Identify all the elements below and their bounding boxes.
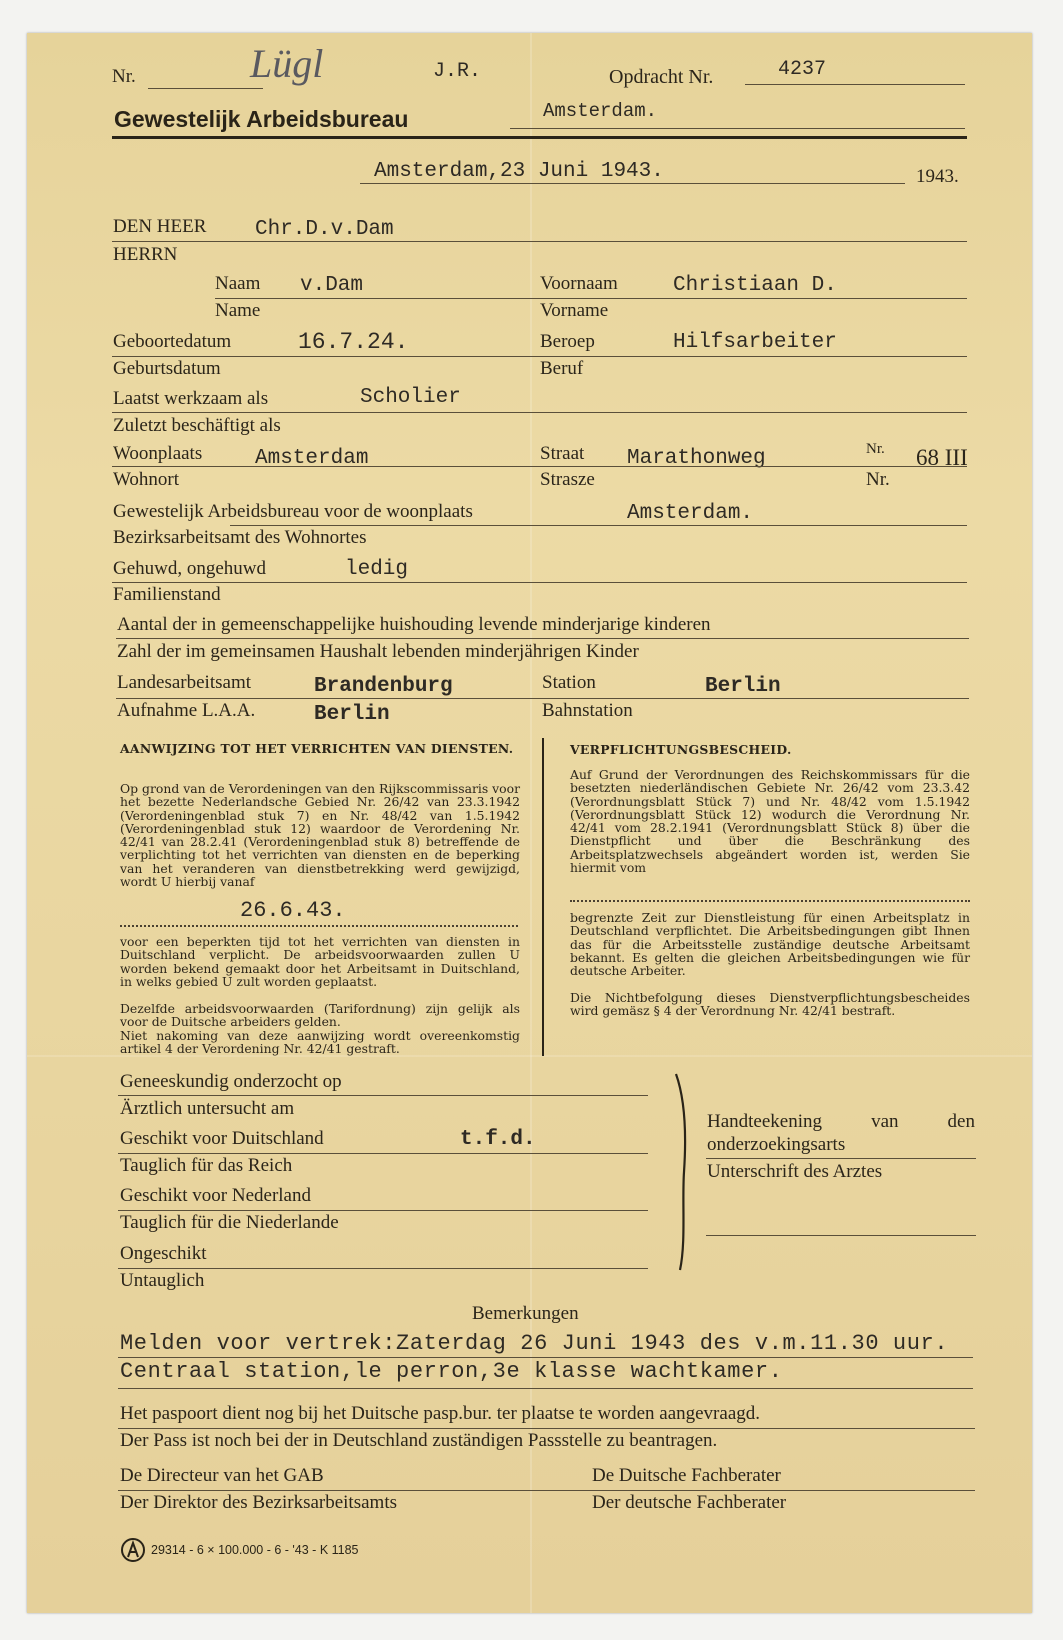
addressee-label-nl: DEN HEER bbox=[113, 216, 206, 238]
station-label: Station bbox=[542, 672, 596, 694]
medical-row-3-label-nl: Geschikt voor Nederland bbox=[120, 1185, 311, 1207]
signature-doctor-sign-line bbox=[706, 1235, 976, 1236]
name-label-de: Name bbox=[215, 300, 260, 322]
landesarbeitsamt-line bbox=[116, 698, 969, 699]
passport-note-nl: Het paspoort dient nog bij het Duitsche … bbox=[120, 1403, 760, 1425]
beruf-label-de: Beruf bbox=[540, 358, 583, 380]
notice-nl-heading: AANWIJZING TOT HET VERRICHTEN VAN DIENST… bbox=[120, 742, 520, 755]
gab-woonplaats-value: Amsterdam. bbox=[627, 502, 753, 525]
zuletzt-label-de: Zuletzt beschäftigt als bbox=[113, 415, 281, 437]
nr-handwritten-value: Lügl bbox=[250, 40, 323, 87]
office-value: Amsterdam. bbox=[543, 100, 657, 122]
gehuwd-line bbox=[112, 582, 967, 583]
header-rule bbox=[112, 136, 967, 139]
medical-row-1-label-de: Ärztlich untersucht am bbox=[120, 1098, 294, 1120]
director-label-nl: De Directeur van het GAB bbox=[120, 1465, 324, 1487]
station-value: Berlin bbox=[705, 675, 781, 698]
notice-nl-para4: Niet nakoming van deze aanwijzing wordt … bbox=[120, 1029, 520, 1056]
nr-label-de: Nr. bbox=[866, 469, 890, 491]
remarks-line-1: Melden voor vertrek:Zaterdag 26 Juni 194… bbox=[120, 1331, 948, 1356]
laatst-werkzaam-line bbox=[112, 412, 967, 413]
passport-rule bbox=[118, 1428, 975, 1429]
laatst-werkzaam-value: Scholier bbox=[360, 386, 461, 409]
medical-row-4-label-nl: Ongeschikt bbox=[120, 1243, 207, 1265]
medical-row-4-line bbox=[118, 1268, 648, 1269]
naam-label: Naam bbox=[215, 273, 260, 295]
opdracht-line bbox=[745, 84, 965, 85]
opdracht-value: 4237 bbox=[778, 58, 826, 81]
nr-value: 68 III bbox=[916, 445, 968, 471]
vorname-label-de: Vorname bbox=[540, 300, 608, 322]
wohnort-label-de: Wohnort bbox=[113, 469, 179, 491]
date-line bbox=[360, 183, 905, 184]
remarks-line-2: Centraal station,le perron,3e klasse wac… bbox=[120, 1359, 783, 1384]
naam-line bbox=[215, 298, 967, 299]
signature-doctor-label-nl: Handteekening van den onderzoekingsarts bbox=[707, 1110, 975, 1156]
naam-value: v.Dam bbox=[300, 274, 363, 297]
office-title: Gewestelijk Arbeidsbureau bbox=[114, 106, 408, 133]
notice-nl-para2: voor een beperkten tijd tot het verricht… bbox=[120, 935, 520, 988]
medical-row-4-label-de: Untauglich bbox=[120, 1270, 204, 1292]
signature-doctor-line bbox=[706, 1158, 976, 1159]
notice-de-para2: begrenzte Zeit zur Dienstleistung für ei… bbox=[570, 911, 970, 977]
signature-doctor-label-de: Unterschrift des Arztes bbox=[707, 1161, 882, 1183]
medical-row-3-label-de: Tauglich für die Niederlande bbox=[120, 1212, 339, 1234]
straat-label: Straat bbox=[540, 443, 584, 465]
notice-de-dotted-line bbox=[570, 900, 970, 902]
director-label-de: Der Direktor des Bezirksarbeitsamts bbox=[120, 1492, 397, 1514]
gehuwd-label: Gehuwd, ongehuwd bbox=[113, 558, 266, 580]
jr-label: J.R. bbox=[433, 60, 481, 83]
notice-de-para1: Auf Grund der Verordnungen des Reichskom… bbox=[570, 768, 970, 874]
nr-label-nl: Nr. bbox=[866, 441, 885, 458]
notice-column-divider bbox=[542, 738, 544, 1056]
geboortedatum-label: Geboortedatum bbox=[113, 331, 231, 353]
opdracht-label: Opdracht Nr. bbox=[609, 66, 713, 89]
woonplaats-line bbox=[112, 466, 967, 467]
gehuwd-value: ledig bbox=[345, 558, 408, 581]
printer-code: 29314 - 6 × 100.000 - 6 - '43 - K 1185 bbox=[151, 1543, 359, 1557]
medical-row-2-label-nl: Geschikt voor Duitschland bbox=[120, 1128, 324, 1150]
remarks-line-1-rule bbox=[118, 1357, 973, 1358]
fachberater-label-nl: De Duitsche Fachberater bbox=[592, 1465, 781, 1487]
aufnahme-laa-value: Berlin bbox=[314, 703, 390, 726]
notice-nl-dotted-line bbox=[120, 925, 518, 927]
notice-de-para3: Die Nichtbefolgung dieses Dienstverpflic… bbox=[570, 991, 970, 1018]
nr-line bbox=[148, 88, 263, 89]
remarks-line-2-rule bbox=[118, 1388, 973, 1389]
landesarbeitsamt-label: Landesarbeitsamt bbox=[117, 672, 251, 694]
bahnstation-label-de: Bahnstation bbox=[542, 700, 633, 722]
landesarbeitsamt-value: Brandenburg bbox=[314, 675, 453, 698]
gab-woonplaats-label: Gewestelijk Arbeidsbureau voor de woonpl… bbox=[113, 501, 473, 523]
woonplaats-label: Woonplaats bbox=[113, 443, 202, 465]
familienstand-label-de: Familienstand bbox=[113, 584, 221, 606]
laatst-werkzaam-label: Laatst werkzaam als bbox=[113, 388, 268, 410]
kinderen-line bbox=[116, 638, 969, 639]
addressee-label-de: HERRN bbox=[113, 244, 177, 266]
office-line bbox=[510, 128, 965, 129]
date-year-label: 1943. bbox=[916, 166, 959, 188]
medical-row-2-value: t.f.d. bbox=[460, 1128, 536, 1151]
signatures-rule bbox=[118, 1490, 975, 1491]
geboortedatum-value: 16.7.24. bbox=[298, 329, 408, 355]
notice-de-heading: VERPFLICHTUNGSBESCHEID. bbox=[570, 742, 792, 757]
geboortedatum-line bbox=[112, 356, 967, 357]
printer-logo-icon bbox=[121, 1538, 145, 1562]
bracket-icon bbox=[672, 1072, 696, 1272]
beroep-value: Hilfsarbeiter bbox=[673, 331, 837, 354]
nr-label: Nr. bbox=[112, 66, 136, 88]
date-value: Amsterdam,23 Juni 1943. bbox=[374, 160, 664, 183]
remarks-heading: Bemerkungen bbox=[472, 1303, 579, 1325]
voornaam-label: Voornaam bbox=[540, 273, 618, 295]
addressee-line bbox=[112, 241, 967, 242]
notice-nl-para1: Op grond van de Verordeningen van den Ri… bbox=[120, 782, 520, 888]
beroep-label: Beroep bbox=[540, 331, 595, 353]
notice-nl-date: 26.6.43. bbox=[240, 898, 346, 923]
medical-row-3-line bbox=[118, 1210, 648, 1211]
kinderen-label: Aantal der in gemeenschappelijke huishou… bbox=[117, 614, 711, 636]
medical-row-1-line bbox=[118, 1095, 648, 1096]
aufnahme-laa-label-de: Aufnahme L.A.A. bbox=[117, 700, 255, 722]
voornaam-value: Christiaan D. bbox=[673, 274, 837, 297]
medical-row-2-label-de: Tauglich für das Reich bbox=[120, 1155, 292, 1177]
gab-woonplaats-line bbox=[230, 525, 967, 526]
addressee-value: Chr.D.v.Dam bbox=[255, 218, 394, 241]
fachberater-label-de: Der deutsche Fachberater bbox=[592, 1492, 786, 1514]
strasze-label-de: Strasze bbox=[540, 469, 595, 491]
geburtsdatum-label-de: Geburtsdatum bbox=[113, 358, 221, 380]
medical-row-1-label-nl: Geneeskundig onderzocht op bbox=[120, 1071, 342, 1093]
medical-row-2-line bbox=[118, 1153, 648, 1154]
notice-nl-para3: Dezelfde arbeidsvoorwaarden (Tarifordnun… bbox=[120, 1002, 520, 1029]
passport-note-de: Der Pass ist noch bei der in Deutschland… bbox=[120, 1430, 717, 1452]
bezirksarbeitsamt-label-de: Bezirksarbeitsamt des Wohnortes bbox=[113, 527, 367, 549]
kinder-label-de: Zahl der im gemeinsamen Haushalt lebende… bbox=[117, 641, 639, 663]
